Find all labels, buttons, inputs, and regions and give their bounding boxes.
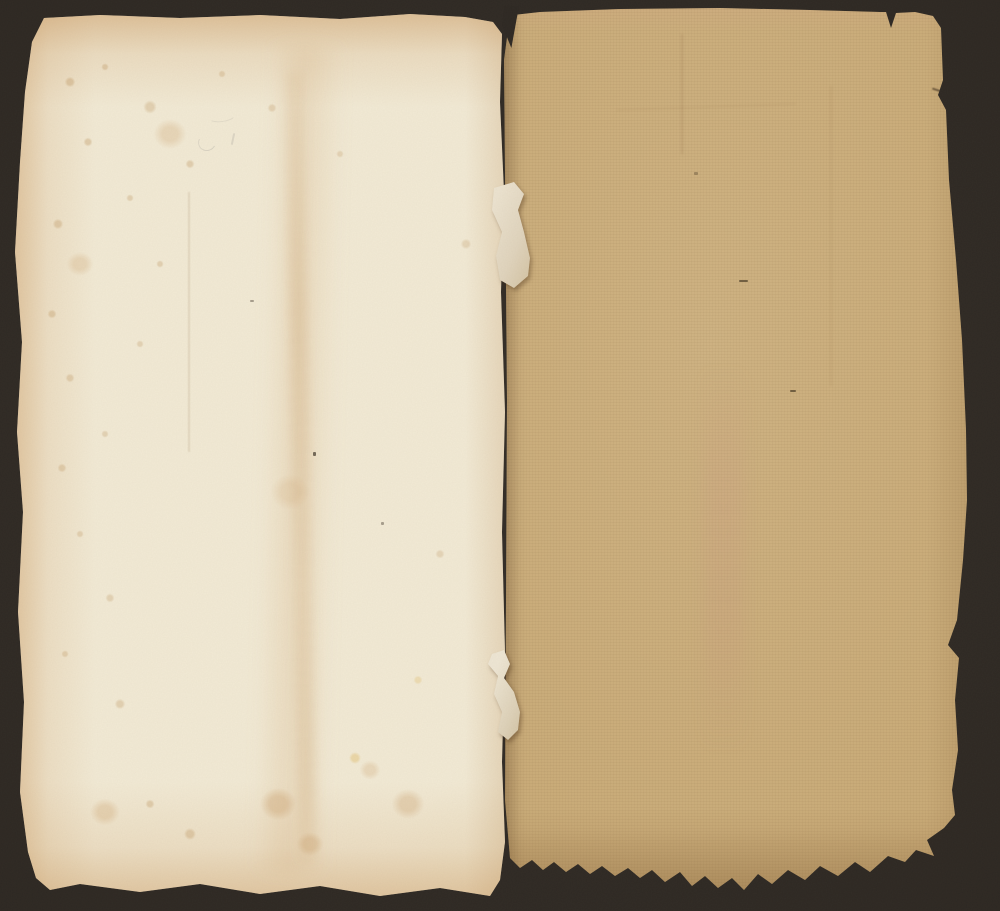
right-page-crease xyxy=(681,34,683,154)
torn-paper-shape xyxy=(484,180,530,292)
pencil-mark xyxy=(231,133,235,145)
torn-paper-fragment-top xyxy=(484,180,530,292)
left-page-crease xyxy=(188,192,190,452)
pencil-mark xyxy=(207,108,236,124)
fiber-speck xyxy=(250,300,254,302)
fiber-speck xyxy=(381,522,384,525)
right-page xyxy=(496,6,972,898)
faint-pencil-inscription xyxy=(170,108,270,164)
fiber-speck xyxy=(739,280,748,282)
torn-paper-fragment-bottom xyxy=(484,648,524,744)
left-page xyxy=(10,12,510,902)
book-scan xyxy=(0,0,1000,911)
fiber-speck xyxy=(694,172,698,175)
torn-paper-shape xyxy=(484,648,524,744)
right-page-crease xyxy=(830,86,832,386)
right-page-stain xyxy=(704,366,744,751)
pencil-mark xyxy=(196,132,218,154)
fiber-speck xyxy=(313,452,316,456)
fiber-speck xyxy=(790,390,796,392)
